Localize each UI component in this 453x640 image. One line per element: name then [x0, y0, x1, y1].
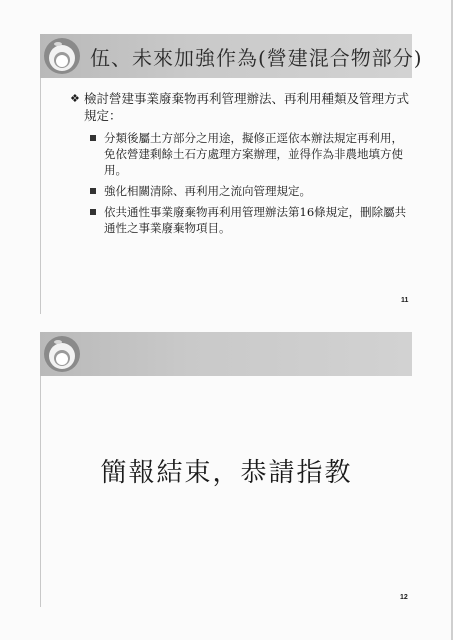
slide-title: 伍、未來加強作為(營建混合物部分) [90, 42, 423, 71]
slide-content: ❖ 檢討營建事業廢棄物再利管理辦法、再利用種類及管理方式規定： 分類後屬土方部分… [70, 90, 410, 241]
square-bullet-icon [90, 188, 96, 194]
square-bullet-icon [90, 135, 96, 141]
slide-header-band: 伍、未來加強作為(營建混合物部分) [40, 34, 412, 78]
main-bullet-text: 檢討營建事業廢棄物再利管理辦法、再利用種類及管理方式規定： [84, 90, 410, 124]
square-bullet-icon [90, 209, 96, 215]
slide-left-rule [40, 78, 41, 314]
logo-icon [42, 334, 82, 374]
main-bullet: ❖ 檢討營建事業廢棄物再利管理辦法、再利用種類及管理方式規定： [70, 90, 410, 124]
closing-text: 簡報結束，恭請指教 [40, 452, 413, 489]
logo-icon [42, 36, 82, 76]
list-item: 分類後屬土方部分之用途，擬修正逕依本辦法規定再利用，免依營建剩餘土石方處理方案辦… [90, 130, 410, 178]
page-number: 12 [400, 594, 408, 601]
slide-header-band [40, 332, 412, 376]
diamond-bullet-icon: ❖ [70, 90, 84, 124]
page-number: 11 [401, 297, 408, 304]
list-item: 依共通性事業廢棄物再利用管理辦法第16條規定，刪除屬共通性之事業廢棄物項目。 [90, 204, 410, 236]
sub-bullet-list: 分類後屬土方部分之用途，擬修正逕依本辦法規定再利用，免依營建剩餘土石方處理方案辦… [90, 130, 410, 236]
slide-12: 簡報結束，恭請指教 12 [40, 332, 413, 607]
list-item: 強化相關清除、再利用之流向管理規定。 [90, 183, 410, 199]
slide-left-rule [40, 376, 41, 607]
slide-11: 伍、未來加強作為(營建混合物部分) ❖ 檢討營建事業廢棄物再利管理辦法、再利用種… [40, 34, 413, 314]
